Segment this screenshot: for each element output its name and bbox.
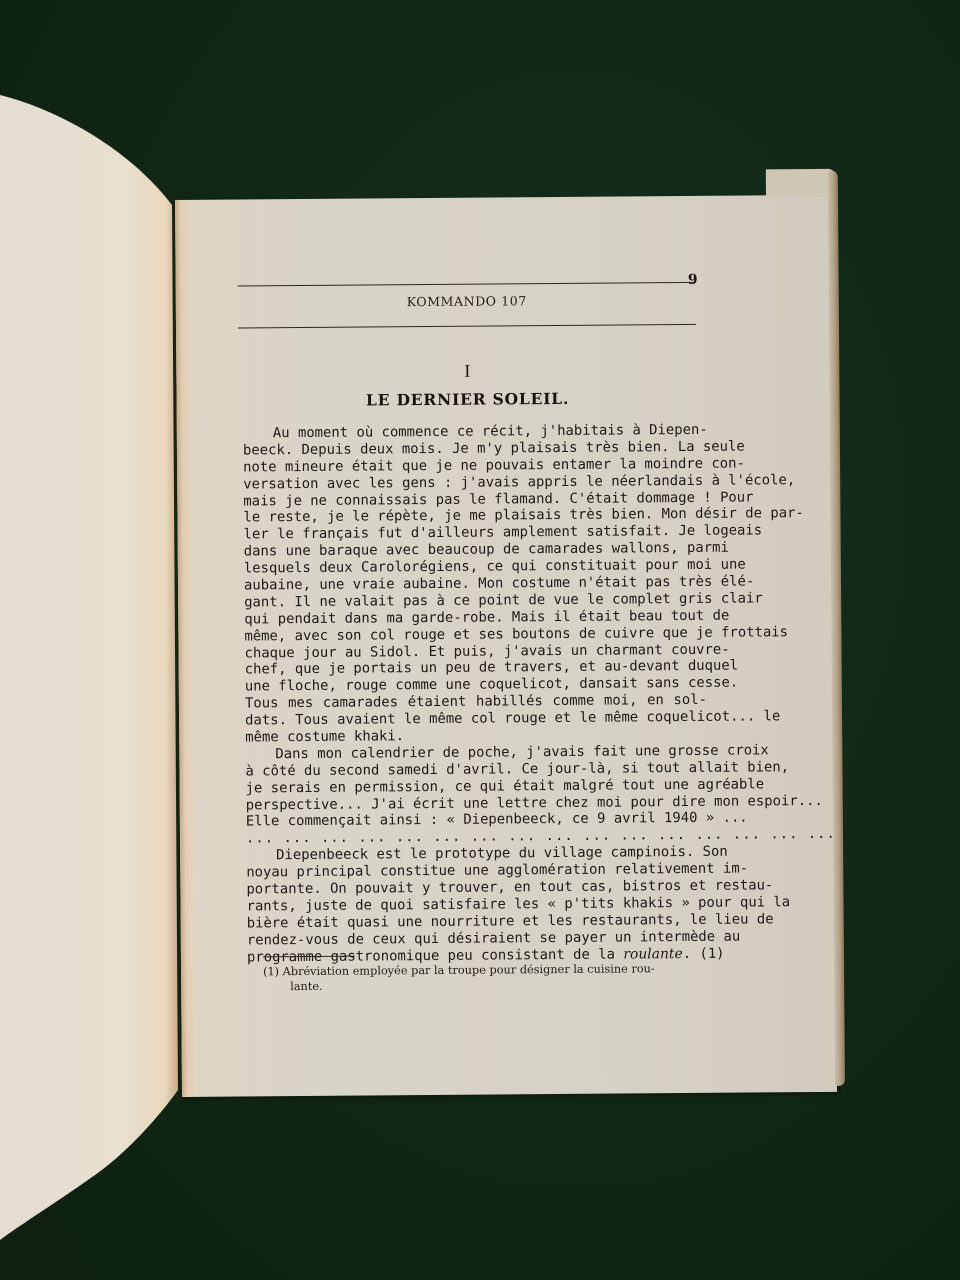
body-text: Au moment où commence ce récit, j'habita… (243, 422, 709, 966)
footnote: (1) Abréviation employée par la troupe p… (263, 961, 713, 995)
running-head-title: KOMMANDO 107 (238, 292, 696, 311)
footnote-reference: . (1) (683, 945, 725, 961)
page-stack-edge (828, 171, 845, 1086)
chapter-title: LE DERNIER SOLEIL. (239, 388, 697, 411)
italic-word: roulante (623, 946, 683, 962)
header-rule-bottom (238, 324, 696, 329)
page-stack-top-edge (766, 169, 836, 198)
book-page: KOMMANDO 107 9 I LE DERNIER SOLEIL. Au m… (175, 195, 837, 1097)
header-rule-top (238, 282, 696, 287)
page-number: 9 (688, 272, 698, 288)
chapter-number: I (238, 359, 696, 384)
running-header: KOMMANDO 107 9 (238, 276, 696, 330)
